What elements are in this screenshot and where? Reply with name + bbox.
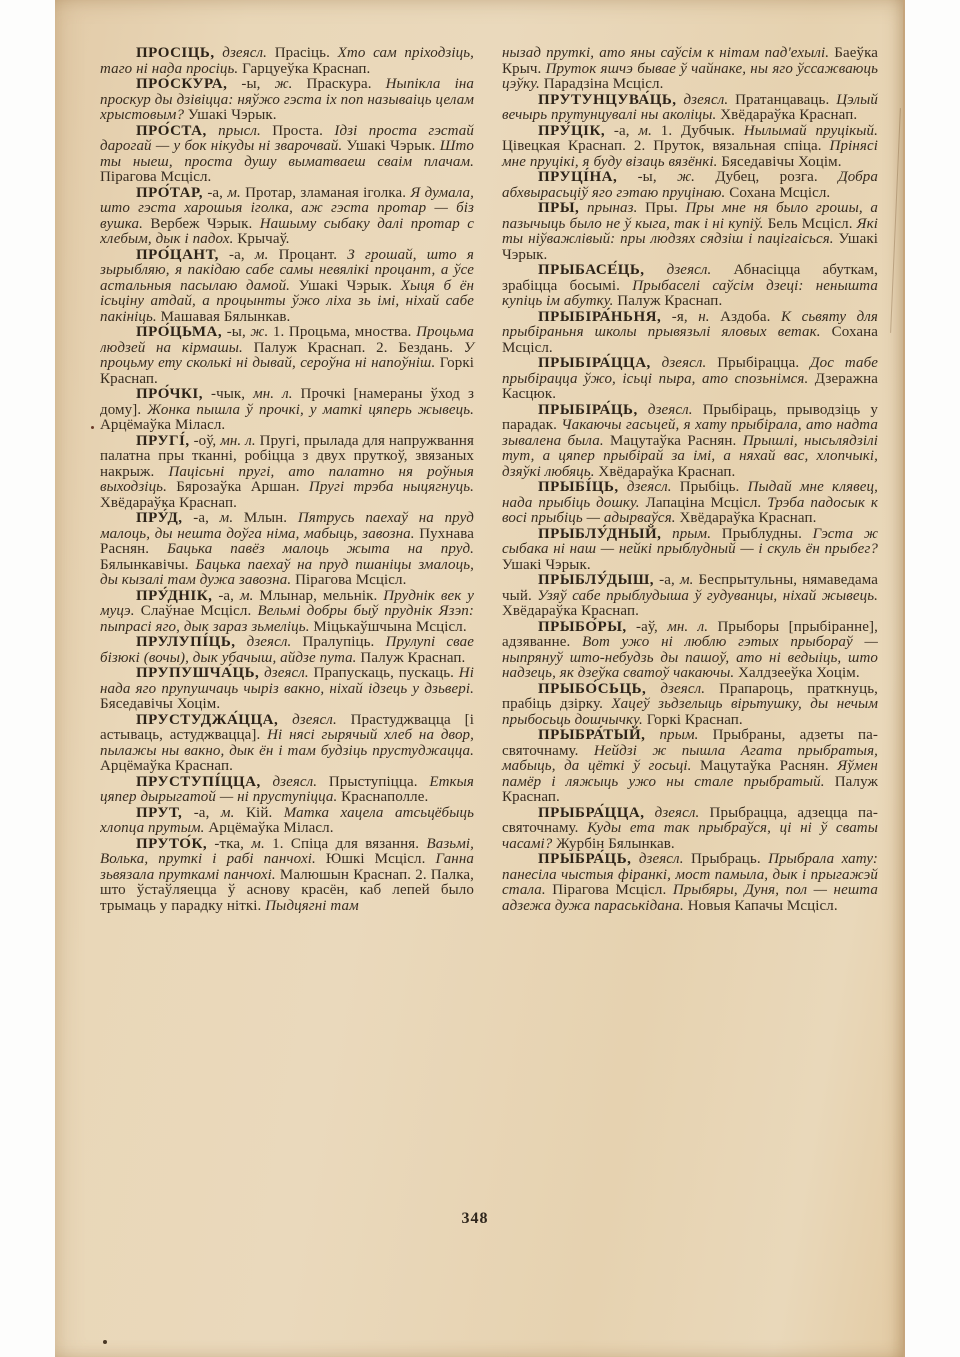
definition-text: Праскура. [292,76,385,92]
definition-text: -а, [212,588,240,604]
definition-text: -а, [605,123,638,139]
example-text: дзеясл. [222,46,267,61]
definition-text: Бялынкавічы. [100,557,195,573]
example-text: дзеясл. [264,665,309,681]
dictionary-entry: ПРЫБІРА́ЦЦА, дзеясл. Прыбірацца. Дос таб… [502,356,878,403]
definition-text: -а, [182,805,221,821]
definition-text: Міцькаўшчына Мсцісл. [313,619,466,635]
definition-text: Арцёмаўка Міласл. [100,417,225,433]
definition-text: Гарцуеўка Краснап. [242,61,370,77]
headword: ПРЫБРА́ЦЦА, [538,805,644,821]
dictionary-entry: ПРЫБРА́ЦЬ, дзеясл. Прыбраць. Прыбрала ха… [502,852,878,914]
left-column: ПРО́СІЦЬ, дзеясл. Прасіць. Хто сам пріхо… [100,46,474,1216]
dictionary-entry: ПРУТО́К, -тка, м. 1. Спіца для вязання. … [100,837,474,915]
headword: ПРЫБЛУ́ДНЫЙ, [538,526,661,542]
headword: ПРЫБІРА́НЬНЯ, [538,309,661,325]
definition-text: Ушакі Чэрык. [346,138,439,154]
definition-text: Прапускаць, пускаць. [309,665,459,681]
example-text: прыназ. [587,200,637,216]
headword: ПРО́ЦЬМА, [136,324,222,340]
dictionary-entry: ПРЫБЛУ́ДЫШ, -а, м. Беспрытульны, нямавед… [502,573,878,620]
headword: ПРУ́ДНІК, [136,588,212,604]
definition-text: Горкі Краснап. [647,712,743,728]
definition-text: Бель Мсцісл. [768,216,857,232]
headword: ПРО́СІЦЬ, [136,46,215,61]
dictionary-entry: ПРО́ТАР, -а, м. Протар, зламаная іголка.… [100,186,474,248]
definition-text: Ушакі Чэрык. [502,557,591,573]
definition-text: 1. Спіца для вязання. [265,836,427,852]
definition-text: Бяседавічы Хоцім. [100,696,220,712]
example-text: дзеясл. [272,774,317,790]
dictionary-entry: ПРО́ЧКІ, -чык, мн. л. Прочкі [намераны ў… [100,387,474,434]
definition-text: Хвёдараўка Краснап. [679,510,816,526]
definition-text: 1. Процьма, мноства. [268,324,416,340]
dust-speck [91,426,94,429]
example-text: дзеясл. [662,355,707,371]
definition-text [261,774,273,790]
definition-text: Арцёмаўка Краснап. [100,758,233,774]
dictionary-entry: ПРЫБРА́ТЫЙ, прым. Прыбраны, адзеты па-св… [502,728,878,806]
headword: ПРЫБО́СЬЦЬ, [538,681,646,697]
definition-text [278,712,292,728]
definition-text: -а, [219,247,255,263]
example-text: прым. [672,526,711,542]
definition-text [619,479,627,495]
example-text: нызад пруткі, ато яны саўсім к нітам пад… [502,46,834,61]
definition-text: Хвёдараўка Краснап. [502,603,639,619]
definition-text: Мацутаўка Раснян. [700,758,837,774]
definition-text: Ушакі Чэрык. [188,107,277,123]
right-column: нызад пруткі, ато яны саўсім к нітам пад… [502,46,878,1216]
example-text: м. [251,836,265,852]
dictionary-entry: ПРУСТУПІ́ЦЦА, дзеясл. Прыступіцца. Еткыя… [100,775,474,806]
dictionary-entry: ПРО́СТА, прысл. Проста. Ідзі проста гэст… [100,124,474,186]
headword: ПРЫБО́РЫ, [538,619,627,635]
dictionary-entry: ПРУЦІ́НА, -ы, ж. Дубец, розга. Добра абх… [502,170,878,201]
example-text: прым. [660,727,699,743]
definition-text: Хвёдараўка Краснап. [598,464,735,480]
example-text: мн. л. [253,386,293,402]
definition-text: -ы, [227,76,274,92]
definition-text: Пратанцаваць. [728,92,836,108]
dictionary-entry: ПРЫБІ́ЦЬ, дзеясл. Прыбіць. Пыдай мне кля… [502,480,878,527]
dictionary-entry: ПРУ́Д, -а, м. Млын. Пятрусь паехаў на пр… [100,511,474,589]
dictionary-entry: ПРУТ, -а, м. Кій. Матка хацела атсьцёбыц… [100,806,474,837]
example-text: Нылымай пруцікый. [744,123,878,139]
headword: ПРЫБЛУ́ДЫШ, [538,572,654,588]
dictionary-entry: ПРЫБО́РЫ, -аў, мн. л. Прыборы [прыбіранн… [502,620,878,682]
dictionary-entry: ПРЫБІРА́НЬНЯ, -я, н. Аздоба. К сьвяту дл… [502,310,878,357]
example-text: дзеясл. [639,851,684,867]
definition-text [651,355,662,371]
example-text: дзеясл. [660,681,705,697]
example-text: мн. л. [220,433,256,449]
headword: ПРЫБІРА́ЦЦА, [538,355,651,371]
definition-text: -а, [203,185,227,201]
definition-text: Хвёдараўка Краснап. [100,495,237,511]
example-text: ж. [275,76,293,92]
definition-text: Арцёмаўка Міласл. [208,820,333,836]
definition-text [645,727,659,743]
definition-text: Млынар, мельнік. [253,588,383,604]
headword: ПРУПУШЧА́ЦЬ, [136,665,259,681]
example-text: дзеясл. [648,402,693,418]
dictionary-entry: ПРЫБЛУ́ДНЫЙ, прым. Прыблудны. Гэста ж сы… [502,527,878,574]
headword: ПРУЦІ́НА, [538,169,617,185]
definition-text: Сохана Мсцісл. [729,185,830,201]
definition-text: Кій. [234,805,283,821]
definition-text: Прыступіцца. [317,774,429,790]
example-text: м. [255,247,269,263]
example-text: Бацька павёз малоць жыта на пруд. [167,541,474,557]
headword: ПРО́ТАР, [136,185,203,201]
dictionary-entry: ПРУ́ЦІК, -а, м. 1. Дубчык. Нылымай пруці… [502,124,878,171]
definition-text: Крычаў. [237,231,289,247]
headword: ПРЫБРА́ТЫЙ, [538,727,645,743]
definition-text: Новыя Капачы Мсцісл. [688,898,838,914]
headword: ПРЫБРА́ЦЬ, [538,851,631,867]
example-text: Пругі трэба ныцягнуць. [309,479,474,495]
example-text: ж. [250,324,268,340]
dictionary-entry: ПРО́СКУРА, -ы, ж. Праскура. Ныпікла іна … [100,77,474,124]
definition-text: Пірагова Мсцісл. [100,169,211,185]
headword: ПРЫ, [538,200,579,216]
definition-text: Протар, зламаная іголка. [241,185,411,201]
dictionary-entry: ПРУ́ДНІК, -а, м. Млынар, мельнік. Прудні… [100,589,474,636]
definition-text: Краснаполле. [341,789,428,805]
dictionary-entry: ПРУЛУПІ́ЦЬ, дзеясл. Пралупіць. Прулупі с… [100,635,474,666]
definition-text: Пралупіць. [291,634,385,650]
definition-text: Аздоба. [710,309,781,325]
text-columns: ПРО́СІЦЬ, дзеясл. Прасіць. Хто сам пріхо… [100,46,878,1216]
definition-text: Бярозаўка Аршан. [176,479,309,495]
definition-text [644,805,654,821]
dictionary-entry: ПРУГІ́, -оў, мн. л. Пругі, прылада для н… [100,434,474,512]
headword: ПРУТ, [136,805,182,821]
example-text: м. [680,572,694,588]
dictionary-entry: ПРУСТУДЖА́ЦЦА, дзеясл. Прастуджвацца [і … [100,713,474,775]
definition-text: -аў, [627,619,668,635]
example-text: дзеясл. [627,479,672,495]
definition-text: -а, [654,572,680,588]
headword: ПРО́СКУРА, [136,76,227,92]
definition-text: Прыбірацца. [706,355,810,371]
headword: ПРУГІ́, [136,433,190,449]
headword: ПРУТО́К, [136,836,207,852]
dictionary-entry: ПРО́ЦАНТ, -а, м. Процант. З грошай, што … [100,248,474,326]
dictionary-entry: ПРЫ, прыназ. Пры. Пры мне ня было грошы,… [502,201,878,263]
definition-text [661,526,672,542]
headword: ПРО́СТА, [136,123,207,139]
definition-text: Пірагова Мсцісл. [552,882,673,898]
entry-continuation: нызад пруткі, ато яны саўсім к нітам пад… [502,46,878,93]
definition-text: -а, [183,510,220,526]
headword: ПРУСТУПІ́ЦЦА, [136,774,261,790]
definition-text [631,851,638,867]
dictionary-entry: ПРУПУШЧА́ЦЬ, дзеясл. Прапускаць, пускаць… [100,666,474,713]
dust-speck [103,1340,107,1344]
definition-text: Парадзіна Мсцісл. [544,76,664,92]
definition-text [646,681,660,697]
paper-crack [890,108,901,333]
definition-text: Машавая Бялынкав. [161,309,291,325]
definition-text: -чык, [203,386,253,402]
definition-text: Прасіць. [267,46,338,61]
example-text: м. [227,185,241,201]
example-text: прысл. [218,123,261,139]
example-text: дзеясл. [667,262,712,278]
example-text: дзеясл. [292,712,337,728]
dictionary-entry: ПРЫБО́СЬЦЬ, дзеясл. Прапароць, праткнуць… [502,682,878,729]
definition-text: Юшкі Мсцісл. [326,851,436,867]
headword: ПРО́ЦАНТ, [136,247,219,263]
definition-text: Дубец, розга. [695,169,838,185]
definition-text: Слаўнае Мсцісл. [141,603,258,619]
definition-text: Пры. [637,200,685,216]
definition-text: Мацутаўка Раснян. [610,433,743,449]
definition-text: Прыблудны. [711,526,813,542]
definition-text: Бяседавічы Хоцім. [721,154,841,170]
headword: ПРЫБІРА́ЦЬ, [538,402,638,418]
definition-text: Халдзееўка Хоцім. [738,665,860,681]
definition-text: Процант. [268,247,347,263]
book-page: ПРО́СІЦЬ, дзеясл. Прасіць. Хто сам пріхо… [55,0,905,1357]
example-text: ж. [677,169,695,185]
definition-text [645,262,667,278]
definition-text: Прыбраць. [684,851,769,867]
definition-text: Вербеж Чэрык. [150,216,259,232]
headword: ПРЫБАСЕ́ЦЬ, [538,262,645,278]
page-number: 348 [453,1210,497,1228]
definition-text: Палуж Краснап. [360,650,465,666]
definition-text [579,200,587,216]
definition-text: Палуж Краснап. 2. Бездань. [254,340,464,356]
dictionary-entry: ПРЫБІРА́ЦЬ, дзеясл. Прыбіраць, прыводзіц… [502,403,878,481]
dictionary-entry: ПРЫБРА́ЦЦА, дзеясл. Прыбрацца, адзецца п… [502,806,878,853]
example-text: дзеясл. [655,805,700,821]
headword: ПРУЛУПІ́ЦЬ, [136,634,236,650]
example-text: дзеясл. [247,634,292,650]
dictionary-entry: ПРУТУНЦУВА́ЦЬ, дзеясл. Пратанцаваць. Цэл… [502,93,878,124]
headword: ПРУ́ЦІК, [538,123,605,139]
dictionary-entry: ПРЫБАСЕ́ЦЬ, дзеясл. Абнасіцца абуткам, з… [502,263,878,310]
dictionary-entry: ПРО́ЦЬМА, -ы, ж. 1. Процьма, мноства. Пр… [100,325,474,387]
definition-text: -ы, [222,324,250,340]
example-text: м. [220,510,234,526]
definition-text [207,123,218,139]
example-text: н. [698,309,709,325]
definition-text: Палуж Краснап. [617,293,722,309]
headword: ПРУСТУДЖА́ЦЦА, [136,712,278,728]
example-text: м. [240,588,254,604]
definition-text: Ушакі Чэрык. [299,278,401,294]
definition-text: Млын. [233,510,298,526]
headword: ПРО́ЧКІ, [136,386,203,402]
definition-text: -тка, [207,836,251,852]
definition-text: Хвёдараўка Краснап. [720,107,857,123]
definition-text: Проста. [261,123,335,139]
definition-text: Пірагова Мсцісл. [295,572,406,588]
definition-text [638,402,648,418]
headword: ПРУТУНЦУВА́ЦЬ, [538,92,677,108]
example-text: мн. л. [667,619,708,635]
example-text: Пыдцягні там [265,898,359,914]
definition-text: Журбін Бялынкав. [556,836,675,852]
definition-text: Прыбіць. [672,479,748,495]
headword: ПРУ́Д, [136,510,183,526]
dictionary-entry: ПРО́СІЦЬ, дзеясл. Прасіць. Хто сам пріхо… [100,46,474,77]
definition-text: Лапаціна Мсцісл. [646,495,768,511]
definition-text: -ы, [617,169,677,185]
definition-text [236,634,247,650]
headword: ПРЫБІ́ЦЬ, [538,479,619,495]
example-text: Жонка пышла ў прочкі, у маткі цяперь жыв… [147,402,474,418]
example-text: м. [638,123,652,139]
example-text: м. [221,805,235,821]
definition-text: -я, [661,309,698,325]
definition-text: -оў, [190,433,221,449]
example-text: дзеясл. [683,92,728,108]
definition-text: Цівецкая Краснап. 2. Пруток, вязальная с… [502,138,830,154]
example-text: Узяў сабе прыблудыша ў гудуванцы, ніхай … [537,588,878,604]
definition-text: 1. Дубчык. [652,123,744,139]
